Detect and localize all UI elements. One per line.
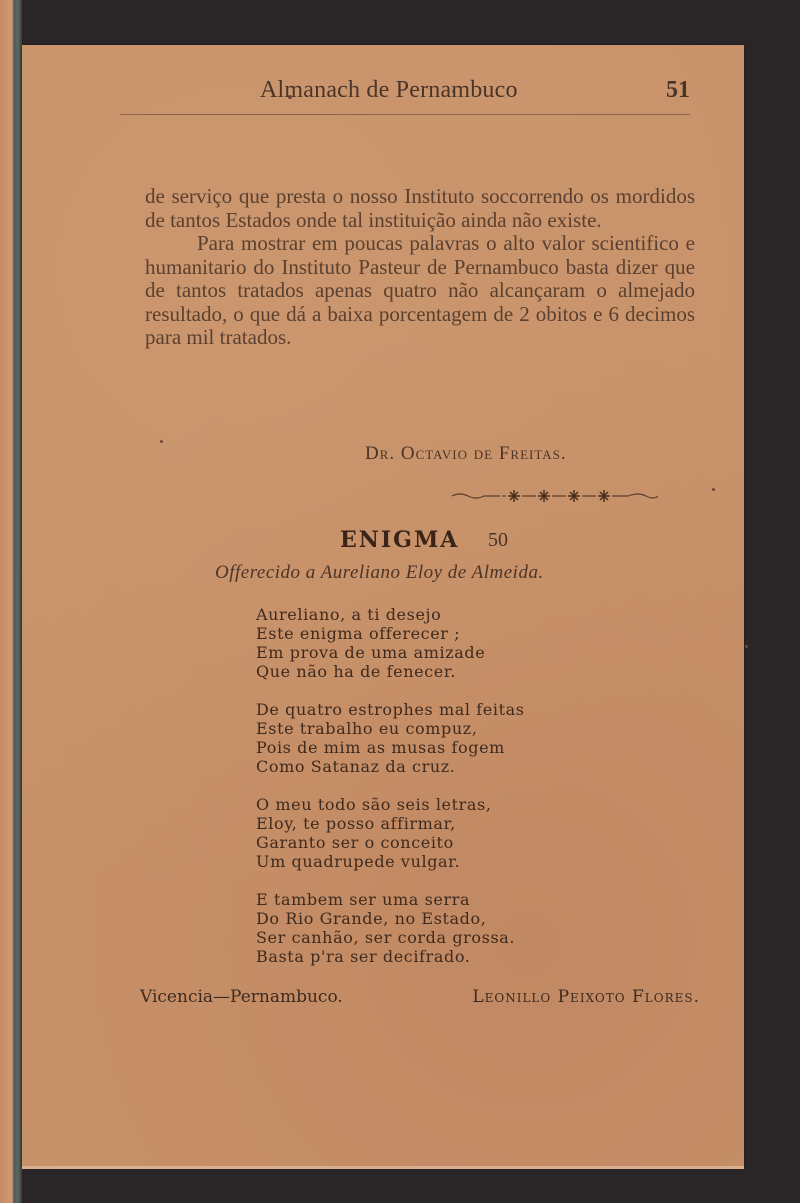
article-body: de serviço que presta o nosso Instituto … [145,185,695,350]
verse-line: Garanto ser o conceito [256,833,525,852]
header-rule [120,114,690,115]
running-header: Almanach de Pernambuco 51 [120,75,690,111]
verse-line: Em prova de uma amizade [256,643,525,662]
verse-line: Um quadrupede vulgar. [256,852,525,871]
stanza: De quatro estrophes mal feitas Este trab… [256,700,525,776]
verse-line: Eloy, te posso affirmar, [256,814,525,833]
paper-speck [712,488,715,491]
verse-line: O meu todo são seis letras, [256,795,525,814]
enigma-dedication: Offerecido a Aureliano Eloy de Almeida. [215,562,544,584]
enigma-title: ENIGMA [340,527,459,553]
stanza: O meu todo são seis letras, Eloy, te pos… [256,795,525,871]
enigma-number: 50 [488,529,508,552]
verse-line: Que não ha de fenecer. [256,662,525,681]
verse-line: Como Satanaz da cruz. [256,757,525,776]
paragraph: Para mostrar em poucas palavras o alto v… [145,232,695,350]
verse-line: E tambem ser uma serra [256,890,525,909]
paper-speck [160,440,163,443]
verse-line: Ser canhão, ser corda grossa. [256,928,525,947]
page-bottom-edge [22,1166,744,1169]
paper-speck [745,645,748,648]
stanza: E tambem ser uma serra Do Rio Grande, no… [256,890,525,966]
page-number: 51 [666,77,690,104]
verse-line: Basta p'ra ser decifrado. [256,947,525,966]
footer-author: Leonillo Peixoto Flores. [472,987,700,1007]
book-spine-edge [0,0,22,1203]
verse-line: De quatro estrophes mal feitas [256,700,525,719]
enigma-poem: Aureliano, a ti desejo Este enigma offer… [256,605,525,985]
article-signature: Dr. Octavio de Freitas. [365,443,567,465]
verse-line: Aureliano, a ti desejo [256,605,525,624]
stanza: Aureliano, a ti desejo Este enigma offer… [256,605,525,681]
verse-line: Do Rio Grande, no Estado, [256,909,525,928]
header-title: Almanach de Pernambuco [260,77,518,104]
verse-line: Este trabalho eu compuz, [256,719,525,738]
footer-place: Vicencia—Pernambuco. [140,987,343,1007]
verse-line: Pois de mim as musas fogem [256,738,525,757]
verse-line: Este enigma offerecer ; [256,624,525,643]
paragraph: de serviço que presta o nosso Instituto … [145,185,695,232]
decorative-asterisk-rule-icon [450,488,660,504]
